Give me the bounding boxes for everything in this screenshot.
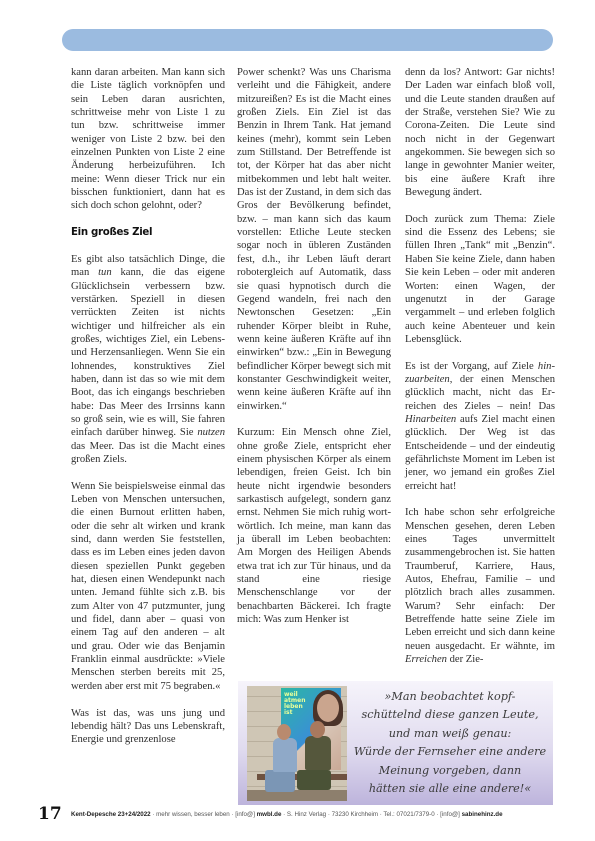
paragraph: Es gibt also tatsächlich Dinge, die man … [71,253,225,467]
person-1-body [273,738,297,772]
poster-text: weil atmen leben ist [284,692,306,716]
page-footer: Kent-Depesche 23+24/2022 · mehr wissen, … [71,811,561,818]
paragraph: denn da los? Antwort: Gar nichts! Der La… [405,66,555,199]
paragraph: Ich habe schon sehr erfolgrei­che Mensch… [405,506,555,666]
paragraph: Was ist das, was uns jung und lebendig h… [71,707,225,747]
website-link-mwbl[interactable]: mwbl.de [257,811,282,818]
pull-quote-text: »Man beobachtet kopf- schüttelnd diese g… [350,688,550,798]
article-column-1: kann daran arbeiten. Man kann sich die L… [71,66,225,747]
person-1-legs [265,770,295,792]
publication-name: Kent-Depesche 23+24/2022 [71,811,151,818]
poster-face [317,694,339,722]
photo-floor [247,790,347,801]
paragraph: Es ist der Vorgang, auf Ziele hin­zuarbe… [405,360,555,493]
person-1-head [277,724,291,740]
photo-people-on-bench: weil atmen leben ist [247,686,347,801]
paragraph: Doch zurück zum Thema: Ziele sind die Es… [405,213,555,346]
article-column-2: Power schenkt? Was uns Charis­ma verleih… [237,66,391,626]
paragraph: kann daran arbeiten. Man kann sich die L… [71,66,225,213]
paragraph: Power schenkt? Was uns Charis­ma verleih… [237,66,391,413]
article-column-3: denn da los? Antwort: Gar nichts! Der La… [405,66,555,666]
person-2-legs [297,770,331,790]
website-link-sabinehinz[interactable]: sabinehinz.de [462,811,503,818]
paragraph: Wenn Sie beispielsweise einmal das Leben… [71,480,225,694]
person-2-head [310,721,325,738]
paragraph: Kurzum: Ein Mensch ohne Ziel, ohne große… [237,426,391,626]
page-number: 17 [38,804,62,824]
section-heading: Ein großes Ziel [71,226,225,239]
person-2-body [305,736,331,770]
header-bar [62,29,553,51]
